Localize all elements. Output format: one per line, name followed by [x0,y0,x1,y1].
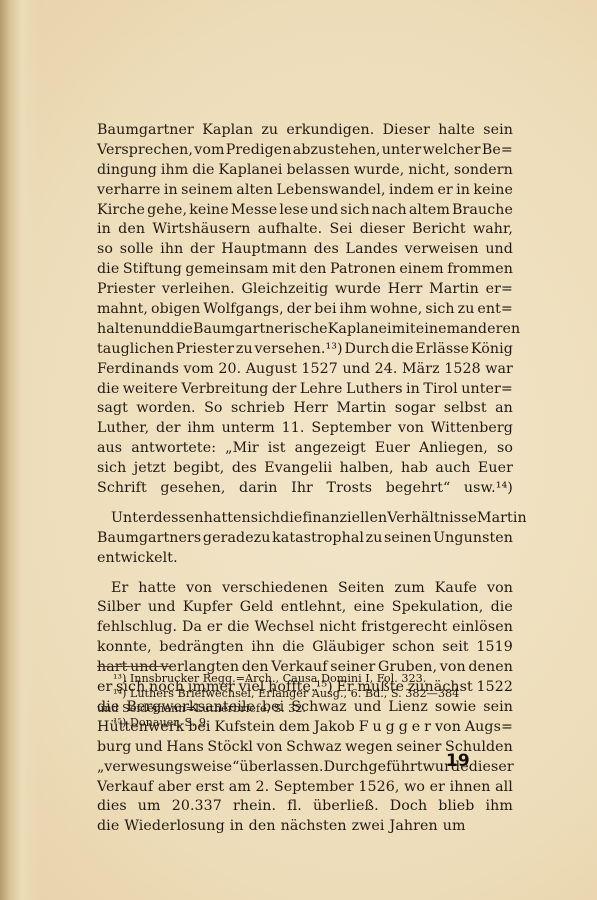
text-line: mahnt,obigenWolfgangs,derbeiihmwohne,sic… [97,300,513,320]
footnote-rule [97,666,173,667]
word: zwei [352,817,385,837]
text-line: ErhattevonverschiedenenSeitenzumKaufevon [97,579,513,599]
word: Dieser [383,121,430,141]
word: bei [314,300,336,320]
footnote-14-continued: und Seidemann=Lutherbriefe, S. 32. [97,702,513,717]
word: er [437,181,452,201]
word: der [156,419,181,439]
word: sich [425,300,454,320]
word: die [97,380,119,400]
word: ent= [477,300,513,320]
word: die [192,161,214,181]
word: Doch [390,797,427,817]
word: den [249,817,276,837]
word: wahr, [473,220,513,240]
word: in [406,380,420,400]
word: Verbreitung [181,380,268,400]
word: Geld [240,598,274,618]
word: September [274,778,354,798]
word: die [282,638,304,658]
word: den [118,220,145,240]
word: einem [416,320,460,340]
word: sich [97,459,126,479]
word: dies [97,797,127,817]
word: Herr [388,280,423,300]
word: schon [392,638,435,658]
word: begehrt“ [386,479,451,499]
word: Wittenberg [431,419,513,439]
word: um [138,797,161,817]
word: 24. [375,360,398,380]
word: 11. [282,419,305,439]
word: solle [120,240,154,260]
text-line: entwickelt. [97,549,513,569]
word: Kaplanei [218,161,282,181]
word: von [398,419,424,439]
text-line: Baumgartnersgeradezukatastrophalzuseinen… [97,529,513,549]
word: der [272,380,297,400]
word: seit [442,638,468,658]
word: die [227,618,249,638]
word: aufhalte. [258,220,323,240]
word: Stöckl [207,738,253,758]
word: an [495,399,513,419]
word: tauglichen [97,340,174,360]
word: Kirche [97,201,145,221]
word: Luthers [346,380,403,400]
word: Messe [231,201,277,221]
word: des [232,459,257,479]
word: entwickelt. [97,549,178,569]
word: Schrift [97,479,147,499]
word: gemeinsam [185,260,268,280]
word: Da [182,618,202,638]
word: und [143,320,171,340]
word: von [487,579,513,599]
text-line: verharreinseinemaltenLebenswandel,indeme… [97,181,513,201]
text-line: Priesterverleihen.GleichzeitigwurdeHerrM… [97,280,513,300]
word: Wolfgangs, [203,300,284,320]
word: Martin [429,280,479,300]
word: Evangelii [264,459,332,479]
word: seiner [396,738,441,758]
word: Gläubiger [312,638,384,658]
word: Erlässe [415,340,469,360]
book-page: BaumgartnerKaplanzuerkundigen.Dieserhalt… [0,0,597,900]
word: halben, [340,459,394,479]
word: die [280,509,302,529]
word: die [391,340,413,360]
word: fehlschlug. [97,618,177,638]
word: Baumgartner [97,121,194,141]
word: sich [251,509,280,529]
word: Ungunsten [433,529,513,549]
word: Be= [482,141,513,161]
word: und [310,201,338,221]
word: fl. [287,797,302,817]
word: Kaufe [435,579,477,599]
word: sogar [395,399,436,419]
word: konnte, [97,638,152,658]
word: altem [409,201,450,221]
footnotes: ¹³) Innsbrucker Regg.=Arch., Causa Domin… [97,672,513,731]
word: er= [486,280,513,300]
word: Wirtshäusern [152,220,250,240]
word: Bericht [412,220,466,240]
word: Jahren [390,817,438,837]
word: Martin [337,399,387,419]
word: versehen.¹³) [255,340,343,360]
word: ist [268,439,286,459]
word: 1527 [301,360,338,380]
word: ihn [160,240,183,260]
word: ihm [486,797,513,817]
word: aber [158,778,191,798]
word: Versprechen, [97,141,193,161]
word: er [207,618,222,638]
word: gesehen, [160,479,225,499]
text-line: Ferdinandsvom20.August1527und24.März1528… [97,360,513,380]
word: nicht [319,618,356,638]
word: dieser [469,758,514,778]
word: 20.337 [172,797,222,817]
word: Lebenswandel, [276,181,385,201]
text-line: Luther,derihmunterm11.SeptembervonWitten… [97,419,513,439]
word: wurde [335,280,381,300]
word: keine [189,201,229,221]
word: Patronen [330,260,396,280]
text-line: dingungihmdieKaplaneibelassenwurde,nicht… [97,161,513,181]
word: verweisen [405,240,479,260]
word: antwortete: [131,439,216,459]
word: die [97,817,119,837]
word: in [164,181,178,201]
word: 2. [256,778,270,798]
word: ihm [340,300,367,320]
word: zu [458,300,475,320]
word: worden. [136,399,195,419]
word: gehe, [147,201,187,221]
word: obigen [151,300,200,320]
word: frommen [447,260,513,280]
word: Predigen [226,141,292,161]
word: erst [196,778,225,798]
word: Kaplan [202,121,253,141]
word: halte [438,121,475,141]
word: unter= [461,380,513,400]
word: und [485,240,513,260]
word: ihn [251,638,274,658]
word: nächsten [281,817,347,837]
word: Durch [344,340,389,360]
word: ihnen [450,778,491,798]
word: Gleichzeitig [241,280,328,300]
word: der [287,300,312,320]
word: Wechsel [254,618,314,638]
word: alten [236,181,273,201]
word: 1528 [444,360,481,380]
word: So [204,399,222,419]
text-line: UnterdessenhattensichdiefinanziellenVerh… [97,509,513,529]
word: überlassen. [239,758,323,778]
text-line: konnte,bedrängtenihndieGläubigerschonsei… [97,638,513,658]
word: zu [236,340,253,360]
word: auch [435,459,470,479]
word: September [311,419,391,439]
word: selbst [444,399,487,419]
word: August [246,360,297,380]
word: der [190,240,215,260]
word: sein [483,121,513,141]
word: Priester [97,280,155,300]
word: Durchgeführt [324,758,423,778]
word: nicht, [408,161,450,181]
word: eine [354,598,385,618]
word: von [186,579,212,599]
word: überließ. [313,797,379,817]
text-line: tauglichenPriesterzuversehen.¹³)Durchdie… [97,340,513,360]
word: keine [473,181,513,201]
word: entlehnt, [281,598,347,618]
word: sagt [97,399,128,419]
word: Baumgartners [97,529,201,549]
word: weitere [123,380,178,400]
word: bedrängten [159,638,243,658]
word: belassen [286,161,349,181]
word: verschiedenen [222,579,328,599]
word: indem [389,181,434,201]
word: zu [261,121,278,141]
word: März [402,360,440,380]
word: begibt, [173,459,224,479]
word: nach [372,201,407,221]
word: und [148,598,176,618]
word: Hans [166,738,204,758]
word: in [456,181,470,201]
word: anderen [460,320,520,340]
word: hatten [204,509,251,529]
word: „verwesungsweise“ [97,758,239,778]
word: Martin [477,509,527,529]
word: angezeigt [295,439,366,459]
word: unter [382,141,422,161]
word: er [430,778,445,798]
word: war [485,360,513,380]
word: hatte [138,579,176,599]
word: Spekulation, [392,598,484,618]
word: Ihr [291,479,313,499]
word: unterm [222,419,275,439]
word: seinen [384,529,432,549]
word: wegen [345,738,393,758]
footnote-14: ¹⁴) Luthers Briefwechsel, Erlanger Ausg.… [97,687,513,702]
word: und [342,360,370,380]
word: ihm [161,161,188,181]
word: um [443,817,466,837]
word: wohne, [370,300,422,320]
word: Unterdessen [111,509,204,529]
word: geradezu [203,529,271,549]
text-line: SilberundKupferGeldentlehnt,eineSpekulat… [97,598,513,618]
page-number: 19 [446,751,470,771]
word: jetzt [134,459,166,479]
word: erkundigen. [286,121,374,141]
word: Trosts [327,479,373,499]
word: zu [366,529,383,549]
word: Stiftung [123,260,182,280]
word: 20. [218,360,241,380]
word: welcher [423,141,481,161]
word: fristgerecht [361,618,447,638]
word: Brauche [452,201,513,221]
word: Schwaz [286,738,341,758]
word: Kupfer [183,598,233,618]
word: verharre [97,181,161,201]
word: Er [111,579,128,599]
word: verleihen. [162,280,235,300]
word: die [491,598,513,618]
word: vom [194,141,224,161]
text-line: sagtworden.SoschriebHerrMartinsogarselbs… [97,399,513,419]
word: mit [392,320,416,340]
word: halten [97,320,143,340]
text-line: Verkaufabererstam2.September1526,woerihn… [97,778,513,798]
text-line: dieweitereVerbreitungderLehreLuthersinTi… [97,380,513,400]
word: dieser [360,220,405,240]
word: Silber [97,598,141,618]
word: Euer [375,439,410,459]
word: blieb [438,797,474,817]
word: 1526, [358,778,399,798]
word: die [171,320,193,340]
text-line: diesum20.337rhein.fl.überließ.Dochbliebi… [97,797,513,817]
text-line: haltenunddieBaumgartnerischeKaplaneimite… [97,320,513,340]
footnote-15: ¹⁵) Donauer, S. 9. [97,716,513,731]
word: finanziellen [302,509,387,529]
word: Verhältnisse [387,509,477,529]
word: darin [239,479,278,499]
word: 1519 [476,638,513,658]
word: Herr [293,399,328,419]
word: Seiten [338,579,385,599]
word: „Mir [225,439,259,459]
word: Priester [176,340,234,360]
word: einlösen [452,618,513,638]
word: vom [183,360,213,380]
word: burg [97,738,131,758]
text-line: Versprechen,vomPredigenabzustehen,unterw… [97,141,513,161]
paragraph-gap [97,569,513,579]
word: mit [272,260,296,280]
text-line: ausantwortete:„MiristangezeigtEuerAnlieg… [97,439,513,459]
word: Lehre [300,380,343,400]
word: rhein. [233,797,276,817]
word: all [495,778,513,798]
word: schrieb [231,399,285,419]
word: in [230,817,244,837]
word: Luther, [97,419,149,439]
word: Kaplanei [328,320,392,340]
word: so [497,439,513,459]
word: sondern [454,161,513,181]
text-line: dieWiederlosungindennächstenzweiJahrenum [97,817,513,837]
word: katastrophal [272,529,364,549]
word: aus [97,439,122,459]
word: Wiederlosung [124,817,224,837]
word: und [135,738,163,758]
word: Baumgartnerische [193,320,328,340]
word: von [257,738,283,758]
word: lese [279,201,308,221]
word: Hauptmann [221,240,307,260]
word: den [300,260,327,280]
text-line: sichjetztbegibt,desEvangeliihalben,habau… [97,459,513,479]
paragraph-gap [97,499,513,509]
word: des [314,240,339,260]
text-line: Kirchegehe,keineMesseleseundsichnachalte… [97,201,513,221]
word: die [97,260,119,280]
word: König [471,340,513,360]
text-line: dieStiftunggemeinsammitdenPatroneneinemf… [97,260,513,280]
word: hab [401,459,428,479]
word: am [229,778,251,798]
footnote-13: ¹³) Innsbrucker Regg.=Arch., Causa Domin… [97,672,513,687]
word: abzustehen, [293,141,381,161]
word: Euer [478,459,513,479]
word: ihm [187,419,214,439]
word: Landes [346,240,398,260]
text-line: fehlschlug.DaerdieWechselnichtfristgerec… [97,618,513,638]
word: einem [399,260,443,280]
text-line: indenWirtshäusernaufhalte.SeidieserBeric… [97,220,513,240]
word: so [97,240,113,260]
text-line: BaumgartnerKaplanzuerkundigen.Dieserhalt… [97,121,513,141]
word: Ferdinands [97,360,179,380]
text-line: Schriftgesehen,darinIhrTrostsbegehrt“usw… [97,479,513,499]
word: in [97,220,111,240]
word: Anliegen, [419,439,488,459]
word: Verkauf [97,778,153,798]
word: zum [394,579,424,599]
word: wo [404,778,425,798]
word: sich [340,201,369,221]
text-line: sosolleihnderHauptmanndesLandesverweisen… [97,240,513,260]
word: Tirol [423,380,457,400]
word: mahnt, [97,300,148,320]
word: seinem [181,181,233,201]
word: usw.¹⁴) [464,479,513,499]
word: dingung [97,161,157,181]
word: Sei [330,220,353,240]
word: wurde, [354,161,405,181]
